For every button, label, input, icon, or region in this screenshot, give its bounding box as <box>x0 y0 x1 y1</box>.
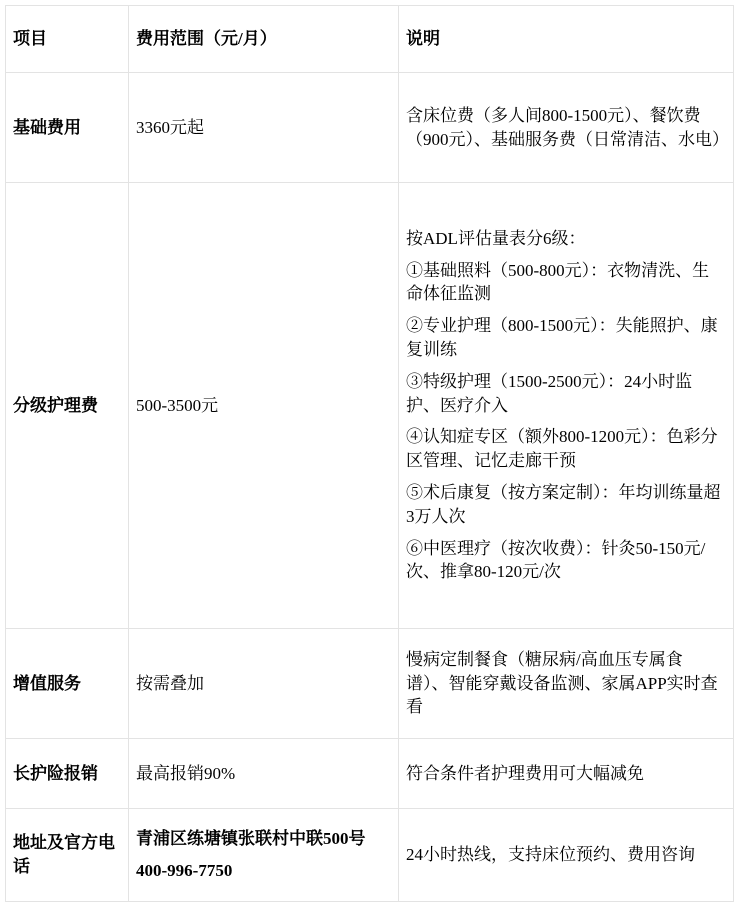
header-range: 费用范围（元/月） <box>129 6 399 73</box>
row-nursing-item: 分级护理费 <box>6 183 129 629</box>
nursing-desc-level2: ②专业护理（800-1500元）：失能照护、康复训练 <box>406 314 725 362</box>
row-nursing-range: 500-3500元 <box>129 183 399 629</box>
nursing-desc-level5: ⑤术后康复（按方案定制）：年均训练量超3万人次 <box>406 481 725 529</box>
header-item: 项目 <box>6 6 129 73</box>
row-insurance-desc: 符合条件者护理费用可大幅减免 <box>399 739 734 809</box>
row-basic-desc: 含床位费（多人间800-1500元）、餐饮费（900元）、基础服务费（日常清洁、… <box>399 73 734 183</box>
header-row: 项目 费用范围（元/月） 说明 <box>6 6 734 73</box>
nursing-desc-intro: 按ADL评估量表分6级： <box>406 227 725 251</box>
nursing-desc-level1: ①基础照料（500-800元）：衣物清洗、生命体征监测 <box>406 259 725 307</box>
table-row-insurance: 长护险报销 最高报销90% 符合条件者护理费用可大幅减免 <box>6 739 734 809</box>
row-nursing-desc: 按ADL评估量表分6级： ①基础照料（500-800元）：衣物清洗、生命体征监测… <box>399 183 734 629</box>
row-value-range: 按需叠加 <box>129 629 399 739</box>
row-address-item: 地址及官方电话 <box>6 809 129 902</box>
row-insurance-range: 最高报销90% <box>129 739 399 809</box>
table-row-nursing-fee: 分级护理费 500-3500元 按ADL评估量表分6级： ①基础照料（500-8… <box>6 183 734 629</box>
fee-table: 项目 费用范围（元/月） 说明 基础费用 3360元起 含床位费（多人间800-… <box>5 5 734 902</box>
phone-number: 400-996-7750 <box>136 859 390 883</box>
row-insurance-item: 长护险报销 <box>6 739 129 809</box>
header-desc: 说明 <box>399 6 734 73</box>
table-row-basic-fee: 基础费用 3360元起 含床位费（多人间800-1500元）、餐饮费（900元）… <box>6 73 734 183</box>
nursing-desc-level3: ③特级护理（1500-2500元）：24小时监护、医疗介入 <box>406 370 725 418</box>
table-row-address-phone: 地址及官方电话 青浦区练塘镇张联村中联500号 400-996-7750 24小… <box>6 809 734 902</box>
nursing-desc-level4: ④认知症专区（额外800-1200元）：色彩分区管理、记忆走廊干预 <box>406 425 725 473</box>
row-address-desc: 24小时热线，支持床位预约、费用咨询 <box>399 809 734 902</box>
nursing-desc-level6: ⑥中医理疗（按次收费）：针灸50-150元/次、推拿80-120元/次 <box>406 537 725 585</box>
row-value-desc: 慢病定制餐食（糖尿病/高血压专属食谱）、智能穿戴设备监测、家属APP实时查看 <box>399 629 734 739</box>
row-basic-item: 基础费用 <box>6 73 129 183</box>
table-row-value-added: 增值服务 按需叠加 慢病定制餐食（糖尿病/高血压专属食谱）、智能穿戴设备监测、家… <box>6 629 734 739</box>
row-basic-range: 3360元起 <box>129 73 399 183</box>
row-value-item: 增值服务 <box>6 629 129 739</box>
row-address-range: 青浦区练塘镇张联村中联500号 400-996-7750 <box>129 809 399 902</box>
address-text: 青浦区练塘镇张联村中联500号 <box>136 827 390 851</box>
